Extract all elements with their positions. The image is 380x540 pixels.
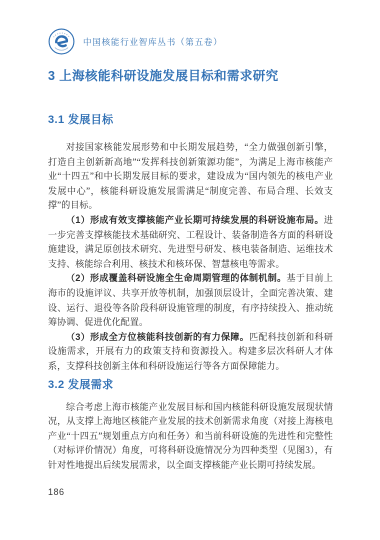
document-page: 中国核能行业智库丛书（第五卷） 3 上海核能科研设施发展目标和需求研究 3.1 … xyxy=(0,0,380,540)
paragraph-goal-2: （2）形成覆盖科研设施全生命周期管理的体制机制。基于目前上海市的设施评议、共享开… xyxy=(48,271,333,329)
section-3-1-body: 对接国家核能发展形势和中长期发展趋势，“全力做强创新引擎，打造自主创新新高地”“… xyxy=(48,140,333,374)
paragraph-text: 对接国家核能发展形势和中长期发展趋势，“全力做强创新引擎，打造自主创新新高地”“… xyxy=(48,142,333,210)
paragraph-text: 综合考虑上海市核能产业发展目标和国内核能科研设施发展现状情况，从支撑上海地区核能… xyxy=(48,402,333,470)
page-header: 中国核能行业智库丛书（第五卷） xyxy=(48,28,333,55)
section-heading-3-2: 3.2 发展需求 xyxy=(48,378,333,393)
paragraph-lead: （3）形成全方位核能科技创新的有力保障。 xyxy=(66,332,249,342)
paragraph-goals-intro: 对接国家核能发展形势和中长期发展趋势，“全力做强创新引擎，打造自主创新新高地”“… xyxy=(48,140,333,213)
section-heading-3-1: 3.1 发展目标 xyxy=(48,113,333,128)
section-3-2-body: 综合考虑上海市核能产业发展目标和国内核能科研设施发展现状情况，从支撑上海地区核能… xyxy=(48,400,333,473)
paragraph-needs-intro: 综合考虑上海市核能产业发展目标和国内核能科研设施发展现状情况，从支撑上海地区核能… xyxy=(48,400,333,473)
paragraph-goal-3: （3）形成全方位核能科技创新的有力保障。匹配科技创新和科研设施需求，开展有力的政… xyxy=(48,330,333,374)
series-title: 中国核能行业智库丛书（第五卷） xyxy=(83,36,223,48)
paragraph-lead: （2）形成覆盖科研设施全生命周期管理的体制机制。 xyxy=(66,273,286,283)
paragraph-goal-1: （1）形成有效支撑核能产业长期可持续发展的科研设施布局。进一步完善支撑核能技术基… xyxy=(48,213,333,271)
paragraph-lead: （1）形成有效支撑核能产业长期可持续发展的科研设施布局。 xyxy=(66,215,324,225)
page-number: 186 xyxy=(48,487,65,497)
publisher-logo-icon xyxy=(48,28,75,55)
chapter-title: 3 上海核能科研设施发展目标和需求研究 xyxy=(48,68,333,85)
